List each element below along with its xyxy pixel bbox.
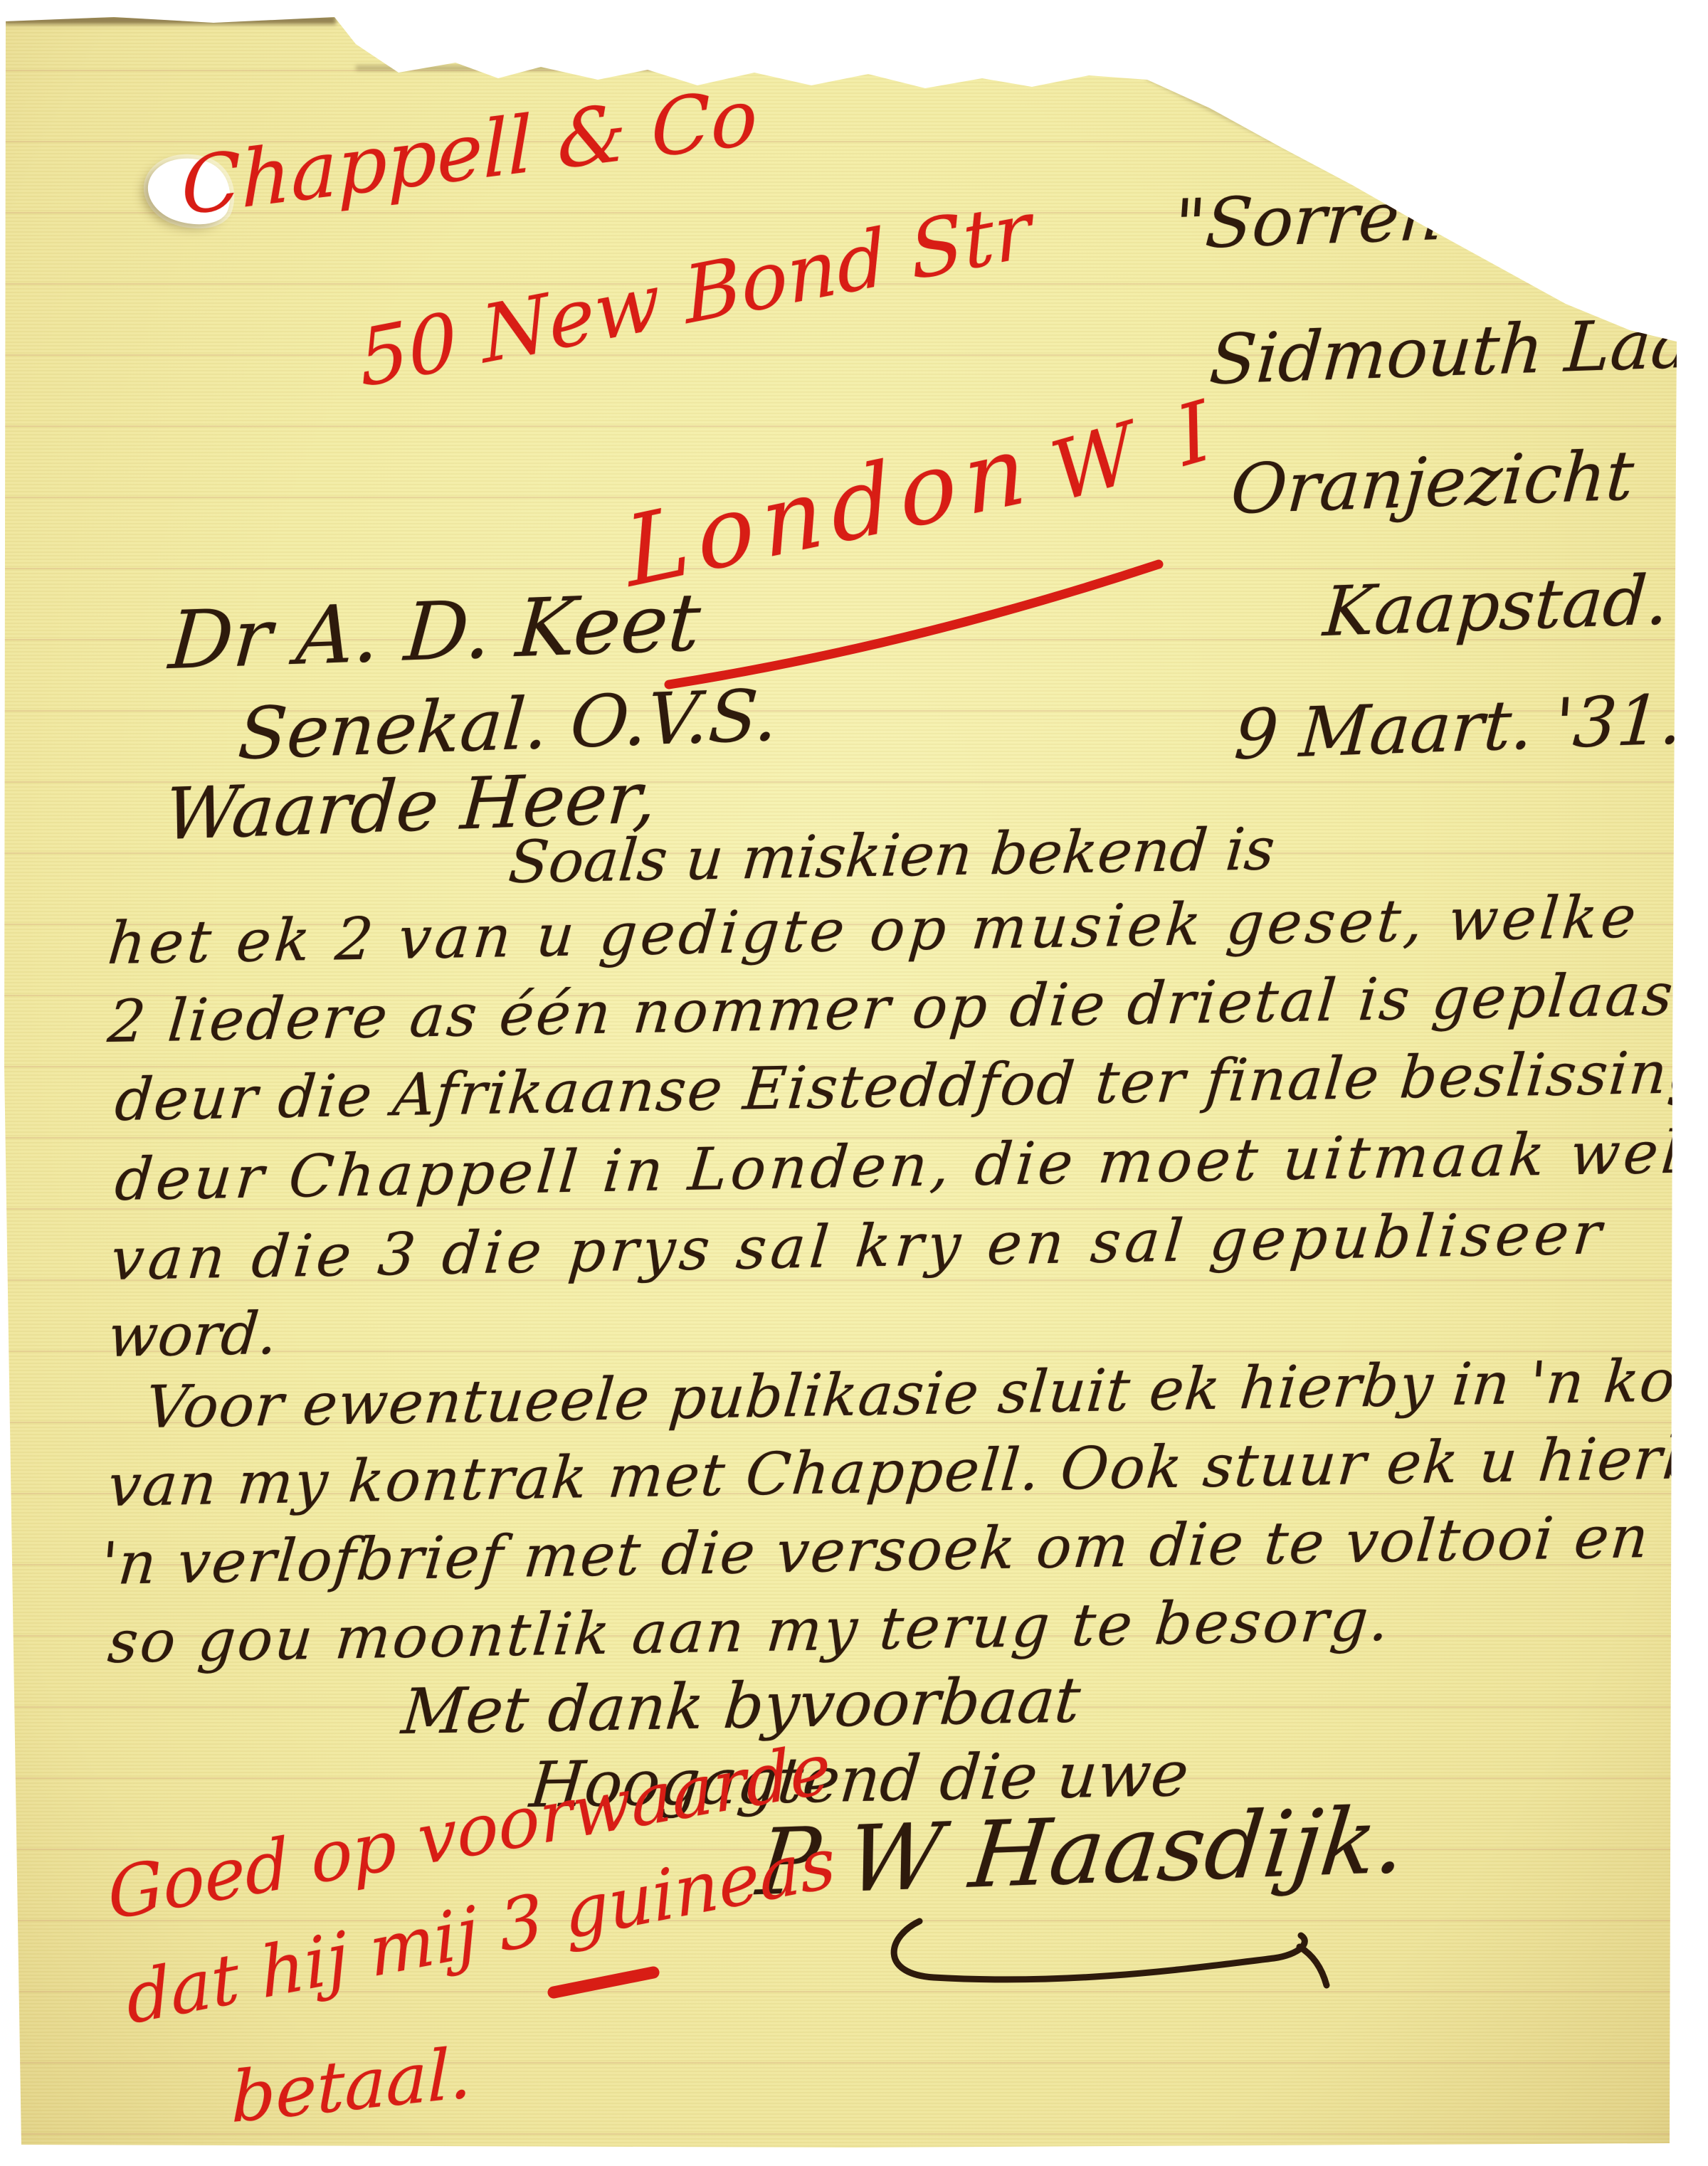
sender-address-line: Oranjezicht <box>1229 441 1636 524</box>
body-line: van my kontrak met Chappell. Ook stuur e… <box>105 1429 1708 1516</box>
body-line: so gou moontlik aan my terug te besorg. <box>105 1591 1393 1672</box>
recipient-line: Dr A. D. Keet <box>167 583 703 681</box>
emphasis-dash-stroke <box>554 1972 653 1992</box>
recipient-line: Senekal. O.V.S. <box>236 680 780 770</box>
sender-address-line: Kaapstad. <box>1322 566 1671 646</box>
red-note-line: betaal. <box>231 2038 472 2133</box>
red-header-city: London <box>621 418 1038 601</box>
letter-paper: Chappell & Co 50 New Bond Str London W I… <box>0 0 1708 2166</box>
closing-thanks: Met dank byvoorbaat <box>399 1669 1082 1743</box>
body-line: van die 3 die prys sal kry en sal gepubl… <box>108 1205 1608 1289</box>
sender-address-line: Sidmouth Laan <box>1208 307 1708 394</box>
body-line: Soals u miskien bekend is <box>506 820 1277 892</box>
red-header-postal-district: W I <box>1045 387 1228 515</box>
red-header-street: 50 New Bond Str <box>356 190 1034 399</box>
body-line: 2 liedere as één nommer op die drietal i… <box>105 966 1677 1052</box>
body-line: word. <box>105 1305 279 1366</box>
red-header-company: Chappell & Co <box>181 77 758 226</box>
signature-flourish-stroke <box>894 1921 1327 1985</box>
body-line: het ek 2 van u gedigte op musiek geset, … <box>105 888 1641 973</box>
torn-edge-shadow <box>356 65 1149 70</box>
torn-edge-shadow <box>4 16 336 24</box>
sender-address-date: 9 Maart. '31. <box>1233 685 1685 769</box>
body-line: 'n verlofbrief met die versoek om die te… <box>98 1509 1652 1594</box>
body-line: deur die Afrikaanse Eisteddfod ter final… <box>112 1044 1708 1130</box>
sender-address-line: "Sorrento" <box>1172 178 1546 259</box>
signature: P W Haasdijk. <box>753 1795 1410 1909</box>
body-line: deur Chappell in Londen, die moet uitmaa… <box>112 1123 1708 1210</box>
body-line: Voor ewentueele publikasie sluit ek hier… <box>143 1351 1708 1437</box>
